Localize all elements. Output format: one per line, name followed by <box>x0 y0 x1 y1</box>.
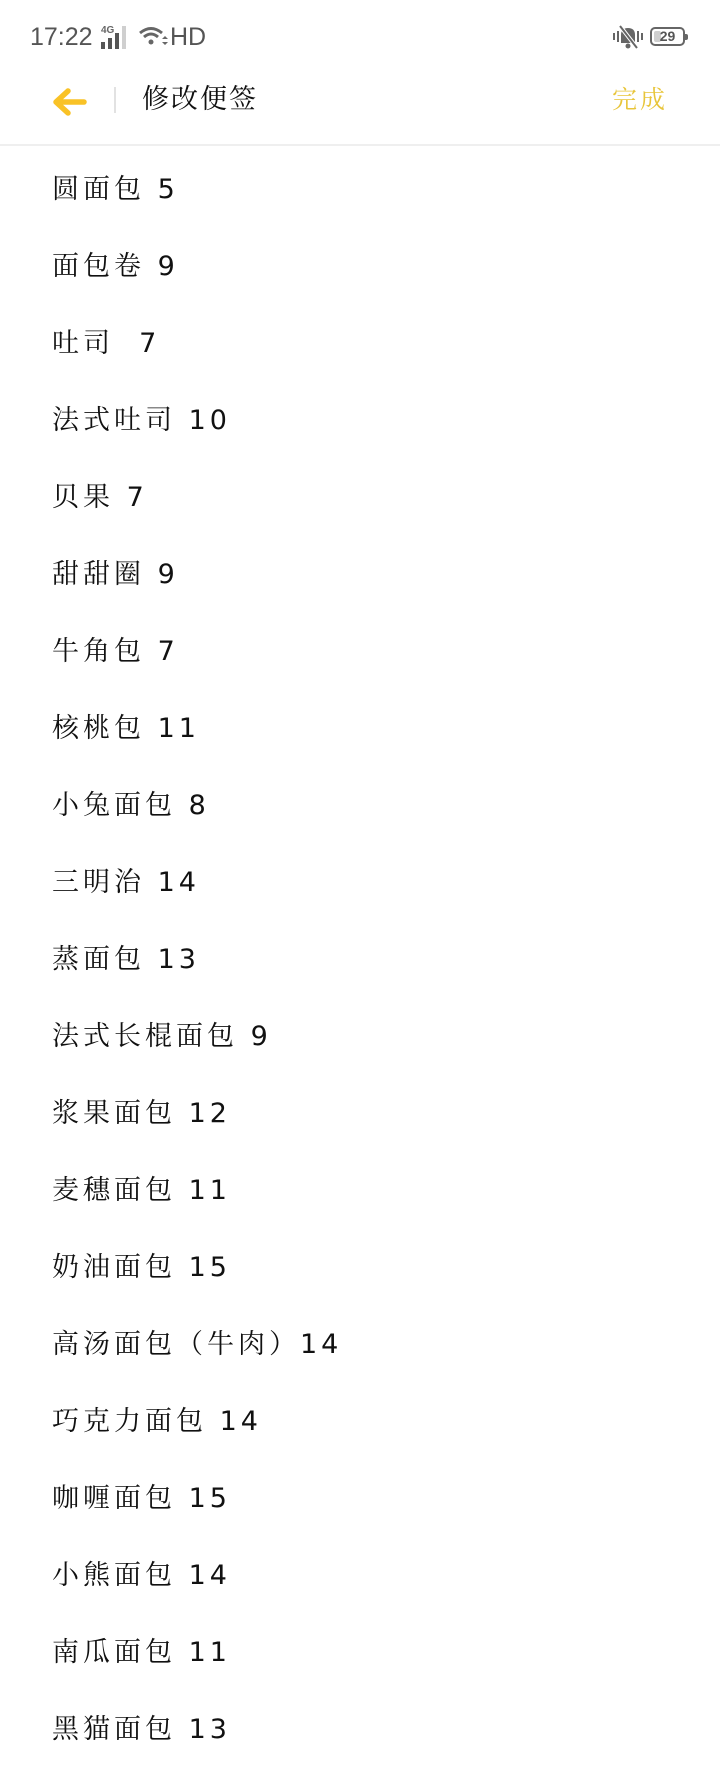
done-button[interactable]: 完成 <box>612 82 668 118</box>
note-line[interactable]: 核桃包 11 <box>52 711 200 747</box>
back-button[interactable] <box>46 82 92 122</box>
note-line[interactable]: 黑猫面包 13 <box>52 1712 231 1748</box>
wifi-icon <box>138 26 168 52</box>
svg-text:4G: 4G <box>101 25 115 36</box>
note-line[interactable]: 巧克力面包 14 <box>52 1404 262 1440</box>
header-divider <box>114 87 116 113</box>
note-line[interactable]: 法式长棍面包 9 <box>52 1019 272 1055</box>
battery-icon: 29 <box>650 27 685 46</box>
signal-icon: 4G <box>100 24 134 54</box>
note-line[interactable]: 浆果面包 12 <box>52 1096 231 1132</box>
status-time: 17:22 <box>30 22 93 52</box>
page-title: 修改便签 <box>142 82 258 118</box>
note-line[interactable]: 蒸面包 13 <box>52 942 200 978</box>
hd-label: HD <box>170 22 206 52</box>
note-line[interactable]: 面包卷 9 <box>52 249 179 285</box>
arrow-left-icon <box>46 82 92 122</box>
status-bar: 17:22 4G HD 29 <box>0 0 720 72</box>
note-line[interactable]: 小兔面包 8 <box>52 788 210 824</box>
note-line[interactable]: 贝果 7 <box>52 480 148 516</box>
note-line[interactable]: 牛角包 7 <box>52 634 179 670</box>
note-line[interactable]: 吐司 7 <box>52 326 160 362</box>
note-line[interactable]: 咖喱面包 15 <box>52 1481 231 1517</box>
note-line[interactable]: 麦穗面包 11 <box>52 1173 231 1209</box>
note-line[interactable]: 奶油面包 15 <box>52 1250 231 1286</box>
note-line[interactable]: 甜甜圈 9 <box>52 557 179 593</box>
note-line[interactable]: 圆面包 5 <box>52 172 179 208</box>
app-header: 修改便签 完成 <box>0 72 720 146</box>
note-line[interactable]: 南瓜面包 11 <box>52 1635 231 1671</box>
note-line[interactable]: 三明治 14 <box>52 865 200 901</box>
note-line[interactable]: 法式吐司 10 <box>52 403 231 439</box>
note-line[interactable]: 小熊面包 14 <box>52 1558 231 1594</box>
battery-level: 29 <box>652 28 683 45</box>
vibrate-silent-icon <box>612 24 644 54</box>
note-line[interactable]: 高汤面包（牛肉）14 <box>52 1327 342 1363</box>
battery-cap <box>685 34 688 40</box>
